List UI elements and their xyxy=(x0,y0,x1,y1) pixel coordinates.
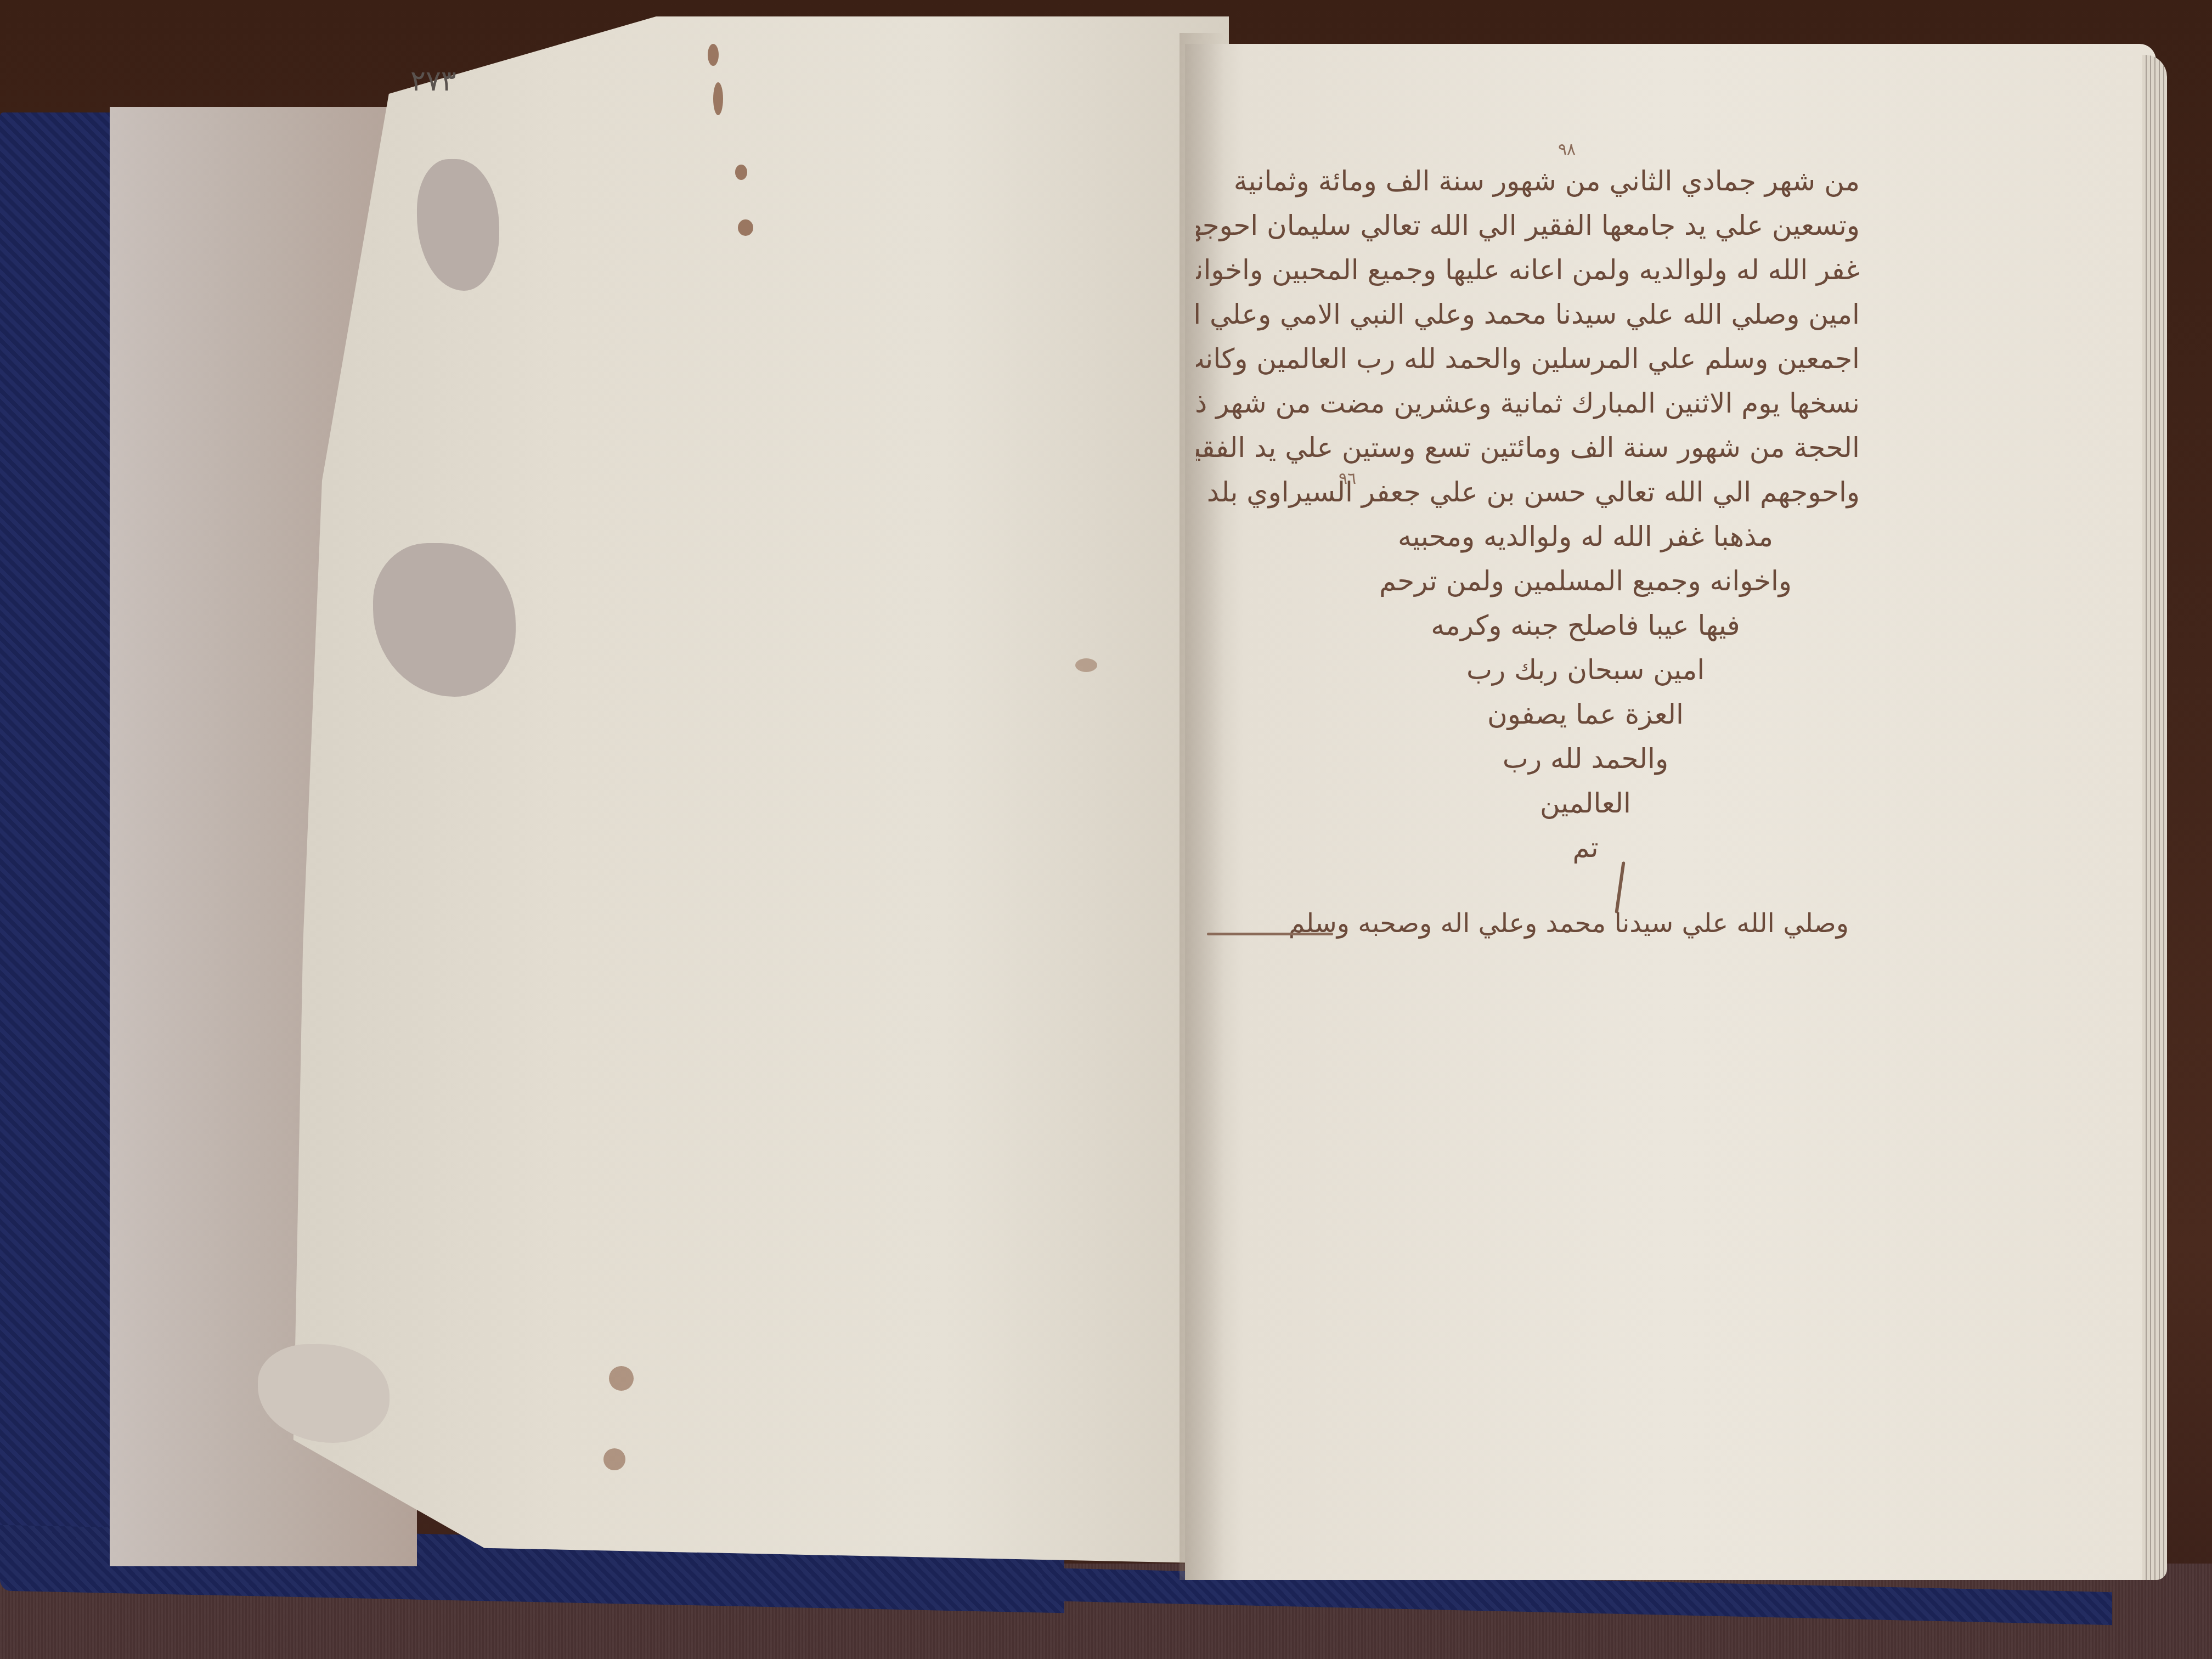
colophon-line: فيها عيبا فاصلح جبنه وكرمه xyxy=(1311,603,1860,648)
ink-spot xyxy=(713,82,723,115)
ink-spot xyxy=(735,165,747,180)
ink-spot xyxy=(609,1366,634,1391)
ink-spot xyxy=(603,1448,625,1470)
colophon-line: من شهر جمادي الثاني من شهور سنة الف ومائ… xyxy=(1196,159,1860,204)
margin-numeral: ٩٨ xyxy=(1558,140,1576,159)
colophon-line: اجمعين وسلم علي المرسلين والحمد لله رب ا… xyxy=(1196,337,1860,381)
left-page-verso[interactable] xyxy=(274,16,1229,1564)
colophon-line: الحجة من شهور سنة الف ومائتين تسع وستين … xyxy=(1196,426,1860,470)
colophon-line: امين سبحان ربك رب xyxy=(1311,648,1860,692)
colophon-line: العالمين xyxy=(1311,781,1860,826)
colophon-line: والحمد لله رب xyxy=(1311,737,1860,781)
closing-flourish xyxy=(1207,933,1333,935)
colophon-line: العزة عما يصفون xyxy=(1311,692,1860,737)
ink-spot xyxy=(738,219,753,236)
page-number: ٢٧٣ xyxy=(410,65,456,98)
colophon-line: وتسعين علي يد جامعها الفقير الي الله تعا… xyxy=(1196,204,1860,248)
colophon-line: تم xyxy=(1311,826,1860,870)
colophon-line: مذهبا غفر الله له ولوالديه ومحبيه xyxy=(1311,515,1860,559)
colophon-line: واحوجهم الي الله تعالي حسن بن علي جعفر ا… xyxy=(1196,470,1860,515)
colophon-line: واخوانه وجميع المسلمين ولمن ترحم xyxy=(1311,559,1860,603)
colophon-line: امين وصلي الله علي سيدنا محمد وعلي النبي… xyxy=(1196,292,1860,337)
page-edges xyxy=(2142,55,2167,1580)
ink-spot xyxy=(708,44,719,66)
colophon-line: نسخها يوم الاثنين المبارك ثمانية وعشرين … xyxy=(1196,381,1860,426)
colophon-line: غفر الله له ولوالديه ولمن اعانه عليها وج… xyxy=(1196,248,1860,292)
ink-spot xyxy=(1075,658,1097,672)
colophon-text: من شهر جمادي الثاني من شهور سنة الف ومائ… xyxy=(1196,159,1860,870)
